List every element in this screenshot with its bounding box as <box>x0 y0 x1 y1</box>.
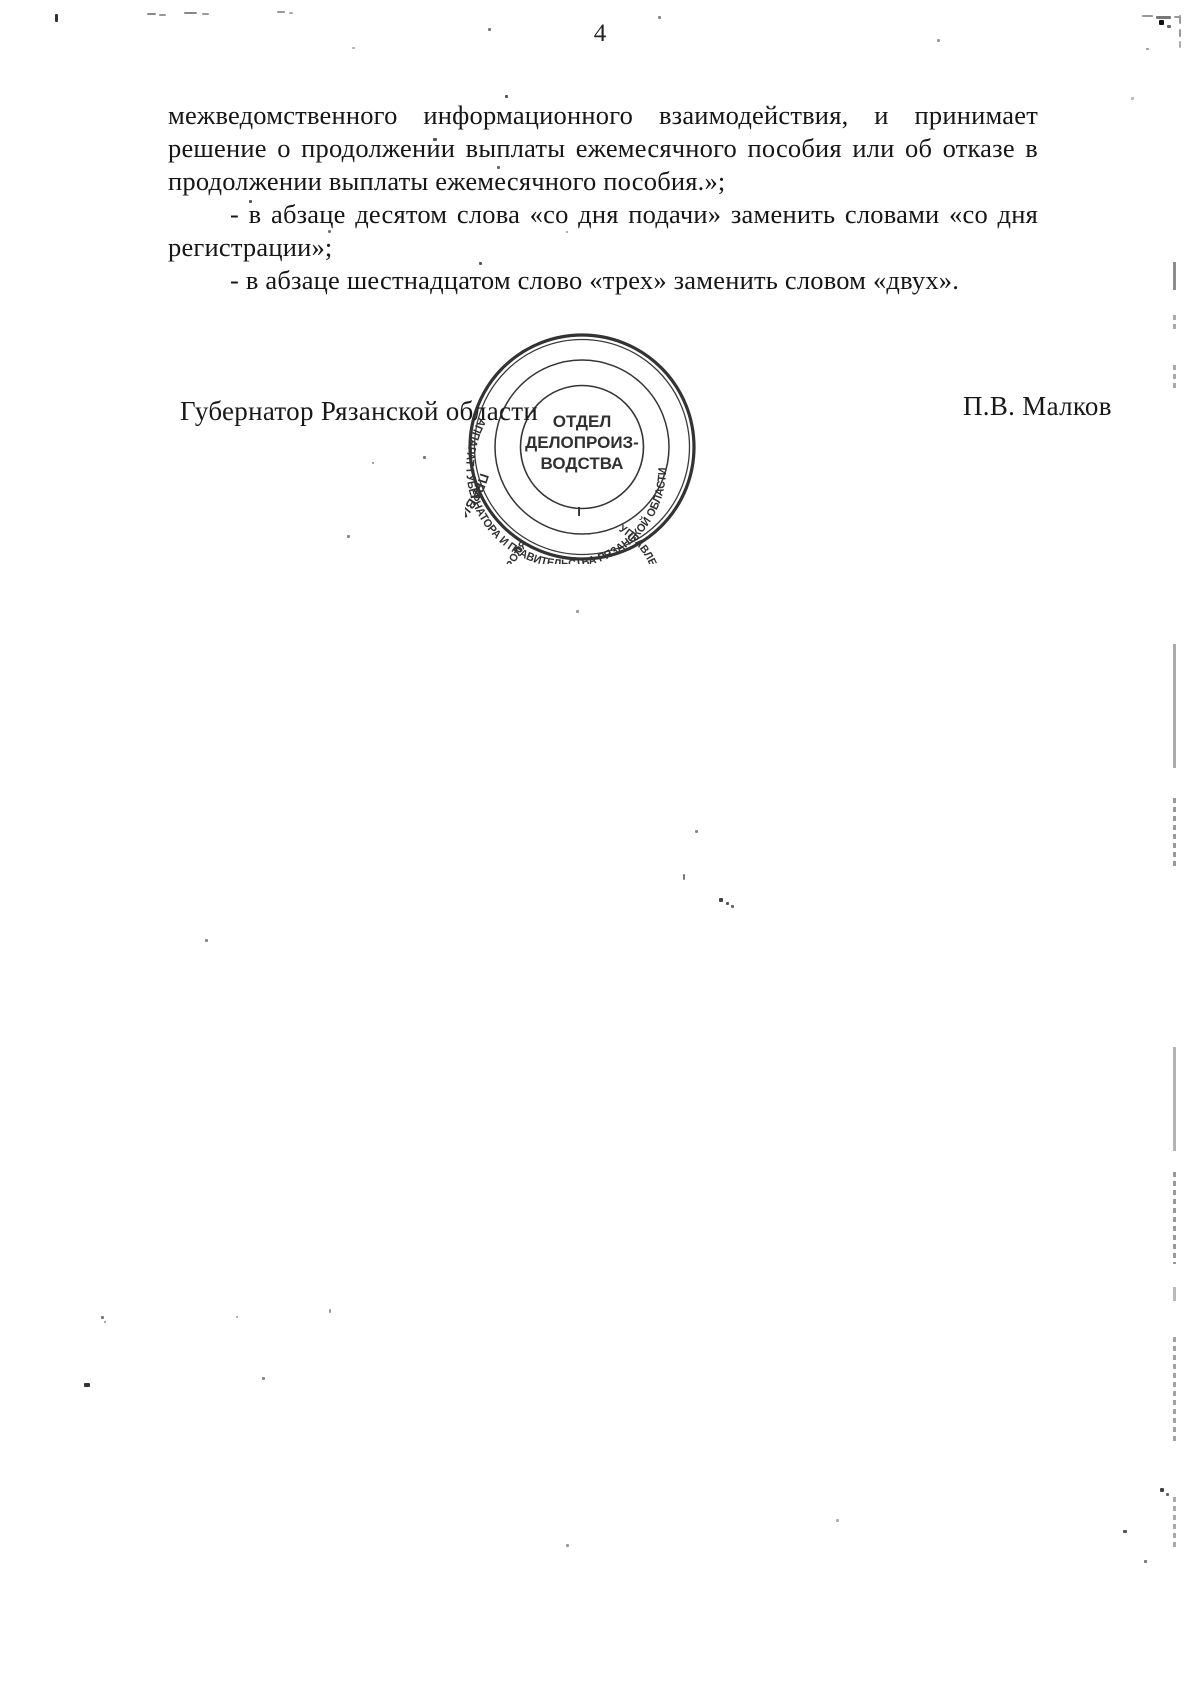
page-number: 4 <box>560 20 640 48</box>
scan-speck <box>1123 1530 1127 1533</box>
scan-edge-line <box>1173 262 1176 290</box>
scan-speck <box>505 95 508 98</box>
scan-speck <box>1179 15 1181 24</box>
scan-edge-line <box>1173 1172 1176 1264</box>
scan-speck <box>1142 15 1153 17</box>
office-round-stamp: ПРАВИТЕЛЬСТВО РЯЗАНСКОЙ ОБЛАСТИ АППАРАТ … <box>465 330 699 564</box>
scan-speck <box>1159 20 1164 25</box>
scan-speck <box>937 39 940 42</box>
stamp-center-line-2: ДЕЛОПРОИЗ- <box>525 433 639 452</box>
document-body: межведомственного информационного взаимо… <box>168 99 1038 297</box>
scan-speck <box>205 939 208 942</box>
scan-speck <box>1160 1488 1164 1492</box>
scan-speck <box>84 1383 90 1387</box>
scan-speck <box>184 12 197 14</box>
scan-speck <box>1179 29 1181 37</box>
scan-edge-line <box>1173 1497 1176 1547</box>
scan-speck <box>101 1316 104 1319</box>
scan-speck <box>352 47 355 49</box>
scan-speck <box>147 13 156 15</box>
stamp-center-line-3: ВОДСТВА <box>541 454 624 473</box>
scan-speck <box>277 11 285 13</box>
scanned-document-page: 4 межведомственного информационного взаи… <box>0 0 1200 1698</box>
signature-signer-name: П.В. Малков <box>963 391 1112 422</box>
body-line: продолжении выплаты ежемесячного пособия… <box>168 165 1038 198</box>
scan-speck <box>726 902 729 905</box>
body-line: - в абзаце десятом слова «со дня подачи»… <box>168 198 1038 231</box>
scan-edge-line <box>1173 644 1176 768</box>
scan-speck <box>488 28 491 31</box>
scan-speck <box>1156 16 1171 19</box>
body-line: - в абзаце шестнадцатом слово «трех» зам… <box>168 264 1038 297</box>
scan-speck <box>423 456 426 459</box>
scan-speck <box>731 905 734 908</box>
scan-speck <box>347 535 350 538</box>
scan-edge-line <box>1173 1287 1176 1301</box>
scan-speck <box>479 262 482 265</box>
scan-speck <box>55 14 58 22</box>
scan-edge-line <box>1173 365 1176 391</box>
stamp-center-line-1: ОТДЕЛ <box>553 412 612 431</box>
scan-speck <box>159 14 166 16</box>
body-line: регистрации»; <box>168 231 1038 264</box>
scan-speck <box>566 231 568 233</box>
scan-speck <box>262 1377 265 1380</box>
scan-speck <box>104 1321 106 1323</box>
scan-speck <box>372 462 374 464</box>
scan-speck <box>249 200 252 203</box>
scan-speck <box>1179 41 1181 48</box>
scan-speck <box>695 830 698 833</box>
scan-speck <box>1166 1493 1169 1496</box>
body-line: решение о продолжении выплаты ежемесячно… <box>168 132 1038 165</box>
scan-speck <box>1131 97 1134 100</box>
scan-edge-line <box>1173 798 1176 866</box>
scan-speck <box>328 230 331 233</box>
scan-speck <box>497 166 500 169</box>
scan-speck <box>236 1316 238 1318</box>
scan-speck <box>1144 1560 1147 1563</box>
scan-speck <box>1167 25 1171 28</box>
scan-speck <box>658 16 661 19</box>
stamp-center-numeral: I <box>577 504 581 519</box>
scan-speck <box>719 898 723 902</box>
body-line: межведомственного информационного взаимо… <box>168 99 1038 132</box>
scan-speck <box>329 1309 331 1313</box>
scan-edge-line <box>1173 315 1176 331</box>
scan-speck <box>576 610 579 613</box>
scan-speck <box>683 874 685 880</box>
scan-speck <box>433 138 437 141</box>
scan-speck <box>836 1519 839 1522</box>
scan-speck <box>289 12 293 14</box>
scan-edge-line <box>1173 1337 1176 1443</box>
scan-edge-line <box>1173 1047 1176 1151</box>
scan-speck <box>202 13 209 15</box>
scan-speck <box>566 1544 569 1547</box>
scan-speck <box>1146 48 1149 50</box>
